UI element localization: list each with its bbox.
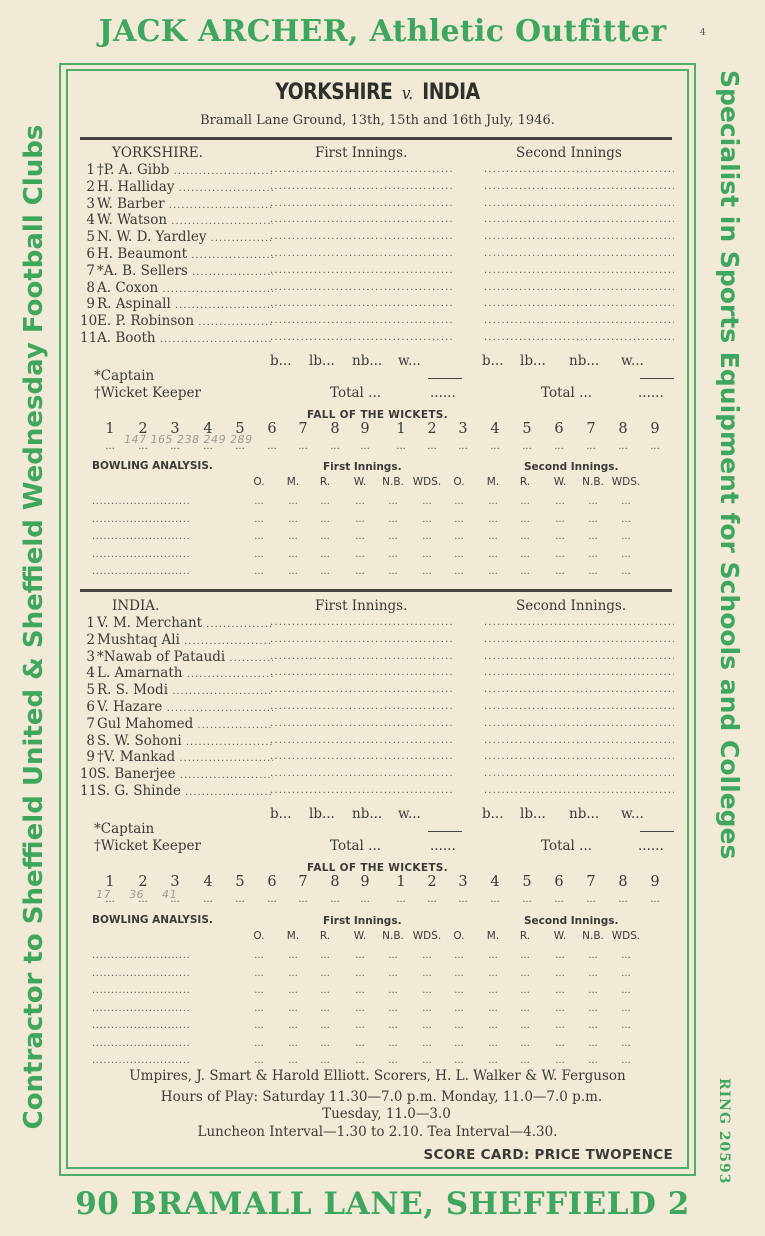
bowling-figure: ... [410, 985, 444, 996]
bowling-figure: ... [376, 1055, 410, 1066]
bowling-figure: ... [508, 514, 542, 525]
batting-position: 3 [80, 196, 95, 213]
bowling-figure: ... [410, 1020, 444, 1031]
total-rule-2 [640, 831, 674, 832]
bowling-figure: ... [242, 549, 276, 560]
batting-position: 11 [80, 330, 95, 347]
bowling-figure: ... [376, 549, 410, 560]
wicket-number: 2 [422, 874, 442, 890]
bowling-figure: ... [576, 1038, 610, 1049]
bowling-figure: ... [343, 531, 377, 542]
wicket-score: ... [485, 441, 505, 452]
bowling-figure: ... [543, 950, 577, 961]
bowling-second-innings: Second Innings. [524, 915, 618, 927]
total-rule [428, 831, 462, 832]
bowling-figure: ... [476, 985, 510, 996]
batting-position: 10 [80, 313, 95, 330]
bowling-figure: ... [343, 1038, 377, 1049]
bowling-figure: ... [242, 985, 276, 996]
wicket-number: 4 [485, 421, 505, 437]
batting-position: 5 [80, 229, 95, 246]
bowling-figure: ... [609, 514, 643, 525]
batting-position: 8 [80, 733, 95, 750]
bowling-column-header: N.B. [376, 930, 410, 942]
bowling-figure: ... [276, 1038, 310, 1049]
batting-position: 5 [80, 682, 95, 699]
second-innings-score: ........................................… [484, 699, 674, 716]
bowling-figure: ... [343, 950, 377, 961]
second-innings-score: ........................................… [484, 263, 674, 280]
batsman-row: 8A. Coxon...............................… [80, 280, 675, 297]
home-team: YORKSHIRE [275, 80, 392, 105]
bowling-figure: ... [609, 968, 643, 979]
bowling-figure: ... [242, 1038, 276, 1049]
wicket-number: 6 [262, 421, 282, 437]
versus: v. [402, 83, 413, 104]
bowling-second-innings: Second Innings. [524, 461, 618, 473]
bowling-figure: ... [410, 531, 444, 542]
left-sidebar-advert: Contractor to Sheffield United & Sheffie… [14, 62, 54, 1192]
total-value-2: ...... [638, 838, 664, 854]
bowling-figure: ... [609, 1038, 643, 1049]
batsman-row: 6V. Hazare..............................… [80, 699, 675, 716]
bowling-figure: ... [276, 566, 310, 577]
bowler-row: ........................................… [80, 549, 675, 566]
bowling-figure: ... [276, 514, 310, 525]
wicket-number: 7 [293, 874, 313, 890]
wicket-score: ... [293, 894, 313, 905]
bowling-figure: ... [343, 496, 377, 507]
batsman-name: A. Booth [97, 330, 273, 349]
total-label: Total ... [330, 385, 381, 401]
bowler-name: .......................... [92, 514, 232, 525]
second-innings-score: ........................................… [484, 229, 674, 246]
bowling-figure: ... [543, 531, 577, 542]
advert-address: 90 BRAMALL LANE, SHEFFIELD 2 [0, 1186, 765, 1222]
bowling-columns: O.M.R.W.N.B.WDS.O.M.R.W.N.B.WDS. [80, 930, 675, 944]
bowling-figure: ... [343, 1020, 377, 1031]
bowler-row: ........................................… [80, 514, 675, 531]
second-innings-score: ........................................… [484, 665, 674, 682]
india-bowling: BOWLING ANALYSIS. First Innings. Second … [80, 912, 675, 1062]
bowling-column-header: W. [343, 476, 377, 488]
wicket-number: 4 [485, 874, 505, 890]
bowling-column-header: M. [276, 930, 310, 942]
bowling-figure: ... [476, 549, 510, 560]
bowling-figure: ... [442, 496, 476, 507]
wicket-number: 8 [613, 421, 633, 437]
wicket-number: 8 [325, 874, 345, 890]
wicket-number: 3 [453, 421, 473, 437]
bowling-figure: ... [508, 968, 542, 979]
bowler-row: ........................................… [80, 566, 675, 583]
batting-position: 4 [80, 665, 95, 682]
wicket-number: 9 [645, 874, 665, 890]
batsman-row: 8S. W. Sohoni...........................… [80, 733, 675, 750]
bowling-figure: ... [508, 985, 542, 996]
bowling-figure: ... [442, 549, 476, 560]
extras-lb: lb... [309, 353, 335, 369]
bowling-figure: ... [276, 968, 310, 979]
bowling-figure: ... [442, 1020, 476, 1031]
wicket-number: 7 [581, 421, 601, 437]
wicket-score: ... [422, 441, 442, 452]
bowling-figure: ... [410, 950, 444, 961]
batsman-row: 2H. Halliday............................… [80, 179, 675, 196]
wicket-score: ... [422, 894, 442, 905]
bowling-figure: ... [276, 1020, 310, 1031]
pencil-annotation: 147 165 238 249 289 [123, 433, 254, 446]
extras-nb: nb... [352, 806, 382, 822]
second-innings-score: ........................................… [484, 649, 674, 666]
fow-numbers: 123456789123456789 [100, 874, 670, 892]
bowling-figure: ... [609, 531, 643, 542]
bowling-figure: ... [376, 1020, 410, 1031]
extras-b-2: b... [482, 353, 504, 369]
bowling-figure: ... [609, 1055, 643, 1066]
wicket-score: ... [645, 441, 665, 452]
batsman-row: 5N. W. D. Yardley.......................… [80, 229, 675, 246]
bowler-row: ........................................… [80, 496, 675, 513]
wicket-score: ... [453, 441, 473, 452]
bowling-figure: ... [476, 514, 510, 525]
wicket-number: 5 [230, 874, 250, 890]
bowling-column-header: W. [543, 476, 577, 488]
bowling-column-header: N.B. [576, 476, 610, 488]
batsman-row: 4W. Watson..............................… [80, 212, 675, 229]
first-innings-score: ........................................… [270, 783, 454, 800]
bowling-figure: ... [343, 968, 377, 979]
batting-position: 9 [80, 749, 95, 766]
bowler-row: ........................................… [80, 531, 675, 548]
bowler-name: .......................... [92, 549, 232, 560]
bowling-figure: ... [276, 950, 310, 961]
first-innings-score: ........................................… [270, 246, 454, 263]
wicket-score: ... [581, 441, 601, 452]
second-innings-score: ........................................… [484, 716, 674, 733]
extras-nb-2: nb... [569, 353, 599, 369]
bowling-figure: ... [508, 566, 542, 577]
wicket-score: ... [549, 894, 569, 905]
bowler-name: .......................... [92, 531, 232, 542]
bowling-figure: ... [308, 1020, 342, 1031]
wicket-score: ... [262, 441, 282, 452]
pencil-annotation: 17 36 41 [95, 888, 178, 901]
batting-position: 4 [80, 212, 95, 229]
batting-position: 10 [80, 766, 95, 783]
bowling-column-header: M. [476, 930, 510, 942]
batting-header: YORKSHIRE. First Innings. Second Innings [80, 145, 675, 162]
captain-legend: *Captain [94, 368, 154, 384]
bowling-figure: ... [242, 950, 276, 961]
yorkshire-fall-of-wickets: FALL OF THE WICKETS. 123456789123456789 … [80, 407, 675, 457]
extras-nb: nb... [352, 353, 382, 369]
bowling-figure: ... [242, 1020, 276, 1031]
bowling-figure: ... [609, 950, 643, 961]
batsman-row: 4L. Amarnath............................… [80, 665, 675, 682]
bowling-figure: ... [476, 968, 510, 979]
fow-title: FALL OF THE WICKETS. [80, 862, 675, 874]
right-sidebar-advert: Specialist in Sports Equipment for Schoo… [709, 70, 749, 1030]
bowling-figure: ... [308, 1003, 342, 1014]
batting-position: 2 [80, 632, 95, 649]
bowling-figure: ... [308, 549, 342, 560]
bowler-name: .......................... [92, 950, 232, 961]
first-innings-score: ........................................… [270, 212, 454, 229]
bowling-figure: ... [442, 985, 476, 996]
bowling-figure: ... [576, 985, 610, 996]
bowling-figure: ... [242, 531, 276, 542]
first-innings-score: ........................................… [270, 313, 454, 330]
total-label-2: Total ... [541, 838, 592, 854]
bowling-figure: ... [442, 950, 476, 961]
bowling-figure: ... [609, 566, 643, 577]
bowling-figure: ... [508, 1003, 542, 1014]
intervals: Luncheon Interval—1.30 to 2.10. Tea Inte… [66, 1124, 689, 1140]
bowling-figure: ... [576, 514, 610, 525]
bowling-figure: ... [308, 968, 342, 979]
first-innings-score: ........................................… [270, 196, 454, 213]
bowling-figure: ... [442, 1003, 476, 1014]
wicket-number: 6 [549, 874, 569, 890]
bowling-figure: ... [410, 1003, 444, 1014]
first-innings-label: First Innings. [315, 145, 407, 161]
batsman-row: 9†V. Mankad.............................… [80, 749, 675, 766]
wicket-score: ... [230, 894, 250, 905]
bowling-title: BOWLING ANALYSIS. [92, 914, 213, 926]
bowling-figure: ... [476, 1038, 510, 1049]
bowling-figure: ... [376, 950, 410, 961]
bowling-figure: ... [576, 1055, 610, 1066]
bowling-figure: ... [442, 1055, 476, 1066]
india-batting: INDIA. First Innings. Second Innings. 1V… [80, 598, 675, 800]
bowling-figure: ... [508, 1020, 542, 1031]
batting-position: 2 [80, 179, 95, 196]
wicket-score: ... [355, 441, 375, 452]
bowling-figure: ... [576, 496, 610, 507]
bowling-figure: ... [308, 566, 342, 577]
bowling-column-header: N.B. [576, 930, 610, 942]
batsman-row: 11A. Booth..............................… [80, 330, 675, 347]
bowling-figure: ... [476, 531, 510, 542]
bowling-column-header: W. [543, 930, 577, 942]
wicket-score: ... [325, 441, 345, 452]
batting-position: 6 [80, 699, 95, 716]
bowling-column-header: N.B. [376, 476, 410, 488]
bowler-row: ........................................… [80, 1003, 675, 1020]
bowler-name: .......................... [92, 985, 232, 996]
wicket-number: 1 [100, 421, 120, 437]
bowling-figure: ... [442, 514, 476, 525]
second-innings-score: ........................................… [484, 212, 674, 229]
first-innings-score: ........................................… [270, 699, 454, 716]
bowling-figure: ... [410, 496, 444, 507]
batsman-row: 7*A. B. Sellers.........................… [80, 263, 675, 280]
extras-nb-2: nb... [569, 806, 599, 822]
away-team: INDIA [422, 80, 479, 105]
batting-position: 3 [80, 649, 95, 666]
bowler-row: ........................................… [80, 950, 675, 967]
wicket-score: ... [100, 441, 120, 452]
bowling-figure: ... [308, 985, 342, 996]
bowling-figure: ... [376, 496, 410, 507]
batting-position: 6 [80, 246, 95, 263]
bowling-figure: ... [410, 566, 444, 577]
bowling-figure: ... [609, 496, 643, 507]
bowling-figure: ... [476, 1020, 510, 1031]
bowling-figure: ... [543, 549, 577, 560]
batsman-row: 1†P. A. Gibb............................… [80, 162, 675, 179]
first-innings-score: ........................................… [270, 229, 454, 246]
match-title: YORKSHIRE v. INDIA [113, 80, 643, 105]
bowling-figure: ... [476, 1003, 510, 1014]
extras-lb-2: lb... [520, 353, 546, 369]
bowling-figure: ... [609, 985, 643, 996]
bowling-first-innings: First Innings. [323, 461, 402, 473]
second-innings-score: ........................................… [484, 733, 674, 750]
bowling-figure: ... [476, 1055, 510, 1066]
batsman-row: 5R. S. Modi.............................… [80, 682, 675, 699]
second-innings-score: ........................................… [484, 196, 674, 213]
second-innings-score: ........................................… [484, 766, 674, 783]
first-innings-score: ........................................… [270, 716, 454, 733]
first-innings-score: ........................................… [270, 766, 454, 783]
first-innings-score: ........................................… [270, 733, 454, 750]
wicket-number: 1 [391, 874, 411, 890]
bowling-figure: ... [576, 566, 610, 577]
extras-b: b... [270, 806, 292, 822]
yorkshire-batting: YORKSHIRE. First Innings. Second Innings… [80, 145, 675, 347]
bowler-row: ........................................… [80, 985, 675, 1002]
batting-position: 8 [80, 280, 95, 297]
total-value: ...... [430, 838, 456, 854]
bowling-figure: ... [276, 531, 310, 542]
batsman-row: 9R. Aspinall............................… [80, 296, 675, 313]
second-innings-score: ........................................… [484, 179, 674, 196]
second-innings-score: ........................................… [484, 330, 674, 347]
second-innings-score: ........................................… [484, 682, 674, 699]
wicket-score: ... [645, 894, 665, 905]
wicket-score: ... [517, 441, 537, 452]
bowling-figure: ... [276, 985, 310, 996]
second-innings-score: ........................................… [484, 615, 674, 632]
wicket-score: ... [262, 894, 282, 905]
bowling-figure: ... [442, 1038, 476, 1049]
bowling-figure: ... [609, 1020, 643, 1031]
batsman-row: 6H. Beaumont............................… [80, 246, 675, 263]
bowling-figure: ... [476, 566, 510, 577]
bowling-figure: ... [376, 514, 410, 525]
bowling-figure: ... [343, 566, 377, 577]
bowling-title: BOWLING ANALYSIS. [92, 460, 213, 472]
bowler-name: .......................... [92, 496, 232, 507]
phone-number: RING 20593 [712, 1078, 732, 1198]
bowling-figure: ... [508, 1038, 542, 1049]
wicket-score: ... [198, 894, 218, 905]
bowling-figure: ... [376, 1038, 410, 1049]
wicket-number: 8 [613, 874, 633, 890]
bowling-figure: ... [543, 514, 577, 525]
bowling-column-header: WDS. [410, 930, 444, 942]
batting-position: 7 [80, 716, 95, 733]
bowling-figure: ... [508, 1055, 542, 1066]
bowling-figure: ... [576, 950, 610, 961]
divider-rule [80, 137, 672, 140]
first-innings-score: ........................................… [270, 263, 454, 280]
total-value-2: ...... [638, 385, 664, 401]
wicket-score: ... [549, 441, 569, 452]
bowling-figure: ... [308, 1055, 342, 1066]
wicket-number: 8 [325, 421, 345, 437]
bowling-column-header: O. [442, 930, 476, 942]
total-rule [428, 378, 462, 379]
first-innings-score: ........................................… [270, 682, 454, 699]
india-extras: b... lb... nb... w... b... lb... nb... w… [80, 806, 675, 866]
bowler-name: .......................... [92, 968, 232, 979]
batting-position: 1 [80, 162, 95, 179]
bowling-figure: ... [476, 496, 510, 507]
bowling-figure: ... [576, 1020, 610, 1031]
bowling-figure: ... [543, 1038, 577, 1049]
batsman-row: 10E. P. Robinson........................… [80, 313, 675, 330]
bowling-figure: ... [343, 1055, 377, 1066]
bowling-figure: ... [242, 496, 276, 507]
wicket-score: ... [581, 894, 601, 905]
bowler-row: ........................................… [80, 1038, 675, 1055]
bowling-figure: ... [543, 496, 577, 507]
bowling-figure: ... [276, 1003, 310, 1014]
extras-w: w... [398, 806, 421, 822]
wicket-number: 7 [293, 421, 313, 437]
bowling-column-header: WDS. [609, 930, 643, 942]
yorkshire-extras: b... lb... nb... w... b... lb... nb... w… [80, 353, 675, 413]
total-label: Total ... [330, 838, 381, 854]
bowling-figure: ... [343, 514, 377, 525]
keeper-legend: †Wicket Keeper [94, 838, 201, 854]
bowling-figure: ... [276, 1055, 310, 1066]
bowling-figure: ... [376, 531, 410, 542]
bowling-figure: ... [410, 514, 444, 525]
bowling-figure: ... [543, 1020, 577, 1031]
wicket-number: 4 [198, 874, 218, 890]
bowling-columns: O.M.R.W.N.B.WDS.O.M.R.W.N.B.WDS. [80, 476, 675, 490]
bowling-figure: ... [508, 950, 542, 961]
second-innings-score: ........................................… [484, 313, 674, 330]
bowling-figure: ... [609, 549, 643, 560]
wicket-score: ... [325, 894, 345, 905]
bowling-first-innings: First Innings. [323, 915, 402, 927]
bowling-figure: ... [476, 950, 510, 961]
wicket-number: 1 [391, 421, 411, 437]
second-innings-score: ........................................… [484, 632, 674, 649]
batsman-row: 1V. M. Merchant.........................… [80, 615, 675, 632]
batsman-row: 3W. Barber..............................… [80, 196, 675, 213]
second-innings-score: ........................................… [484, 783, 674, 800]
total-value: ...... [430, 385, 456, 401]
wicket-score: ... [355, 894, 375, 905]
bowling-column-header: O. [442, 476, 476, 488]
first-innings-label: First Innings. [315, 598, 407, 614]
hours-tuesday: Tuesday, 11.0—3.0 [75, 1106, 698, 1122]
first-innings-score: ........................................… [270, 632, 454, 649]
bowling-figure: ... [576, 968, 610, 979]
bowling-figure: ... [442, 531, 476, 542]
corner-mark: 4 [700, 28, 706, 38]
wicket-score: ... [293, 441, 313, 452]
bowling-column-header: R. [308, 930, 342, 942]
wicket-score: ... [485, 894, 505, 905]
bowling-figure: ... [308, 496, 342, 507]
